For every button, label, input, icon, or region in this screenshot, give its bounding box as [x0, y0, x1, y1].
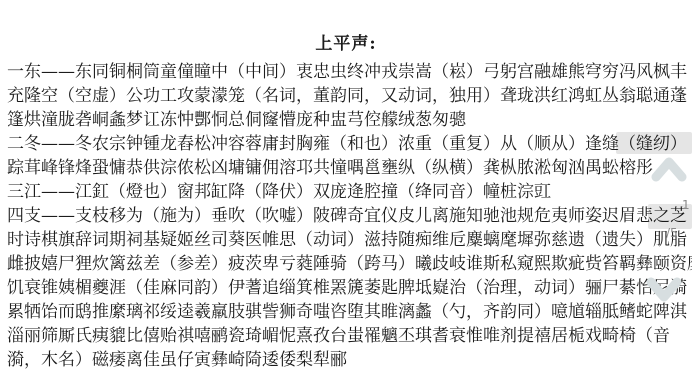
text-line: 累牺饴而鸱推縻璃祁绥逵羲羸肢骐訾狮奇嗤咨堕其睢漓蠡（勺，齐韵同）噫馗辎胝鳍蛇陴淇 — [7, 300, 692, 324]
text-line: 二冬——冬农宗钟锺龙舂松冲容蓉庸封胸雍（和也）浓重（重复）从（顺从）逢缝（缝纫） — [7, 132, 692, 156]
selection-highlight — [616, 132, 692, 154]
chevron-up-icon[interactable] — [650, 153, 688, 187]
match-counter-current: 1 — [682, 198, 690, 212]
text-line: 四支——支枝移为（施为）垂吹（吹嘘）陂碑奇宜仪皮儿离施知驰池规危夷师姿迟眉悲之芝 — [7, 204, 692, 228]
rhyme-text-block: 一东——东同铜桐筒童僮瞳中（中间）衷忠虫终冲戎崇嵩（崧）弓躬宫融雄熊穹穷冯风枫丰… — [7, 60, 692, 372]
text-line: 饥衰锥姨楣夔涯（佳麻同韵）伊蓍追缁箕椎罴篪萎匙脾坻嶷治（治理，动词）骊尸綦怡尼漪 — [7, 276, 692, 300]
text-line: 一东——东同铜桐筒童僮瞳中（中间）衷忠虫终冲戎崇嵩（崧）弓躬宫融雄熊穹穷冯风枫丰 — [7, 60, 692, 84]
text-line: 时诗棋旗辞词期祠基疑姬丝司葵医帷思（动词）滋持随痴维卮麋螭麾墀弥慈遗（遗失）肌脂 — [7, 228, 692, 252]
text-line: 篷烘潼胧砻峒螽梦讧冻忡酆恫总侗窿懵庞种盅芎倥艨绒葱匆骢 — [7, 108, 692, 132]
text-line: 充隆空（空虚）公功工攻蒙濛笼（名词，董韵同，又动词，独用）聋珑洪红鸿虹丛翁聪通蓬 — [7, 84, 692, 108]
text-line: 雌披嬉尸狸炊篱兹差（参差）疲茨卑亏蕤陲骑（跨马）曦歧岐谁斯私窥熙欺疵赀笞羁彝颐资… — [7, 252, 692, 276]
text-line: 三江——江釭（燈也）窗邦缸降（降伏）双庞逄腔撞（绛同音）幢桩淙豇 — [7, 180, 692, 204]
text-line: 漪，木名）磁痿离佳虽仔寅彝崎陭逶倭梨犁郦 — [7, 348, 692, 372]
text-line: 淄丽筛厮氏痍貔比僖贻祺嘻鹂瓷琦嵋怩熹孜台蚩罹魑丕琪耆衰惟唯剂提禧居栀戏畸椅（音 — [7, 324, 692, 348]
match-counter-total: /5 — [666, 226, 678, 240]
page-title: 上平声: — [0, 29, 692, 54]
text-line: 踪茸峰锋烽蛩慵恭供淙侬松凶墉镛佣溶邛共憧喁邕壅纵（纵横）龚枞脓淞匈汹禺蚣榕彤 — [7, 156, 692, 180]
chevron-down-icon[interactable] — [645, 272, 683, 306]
